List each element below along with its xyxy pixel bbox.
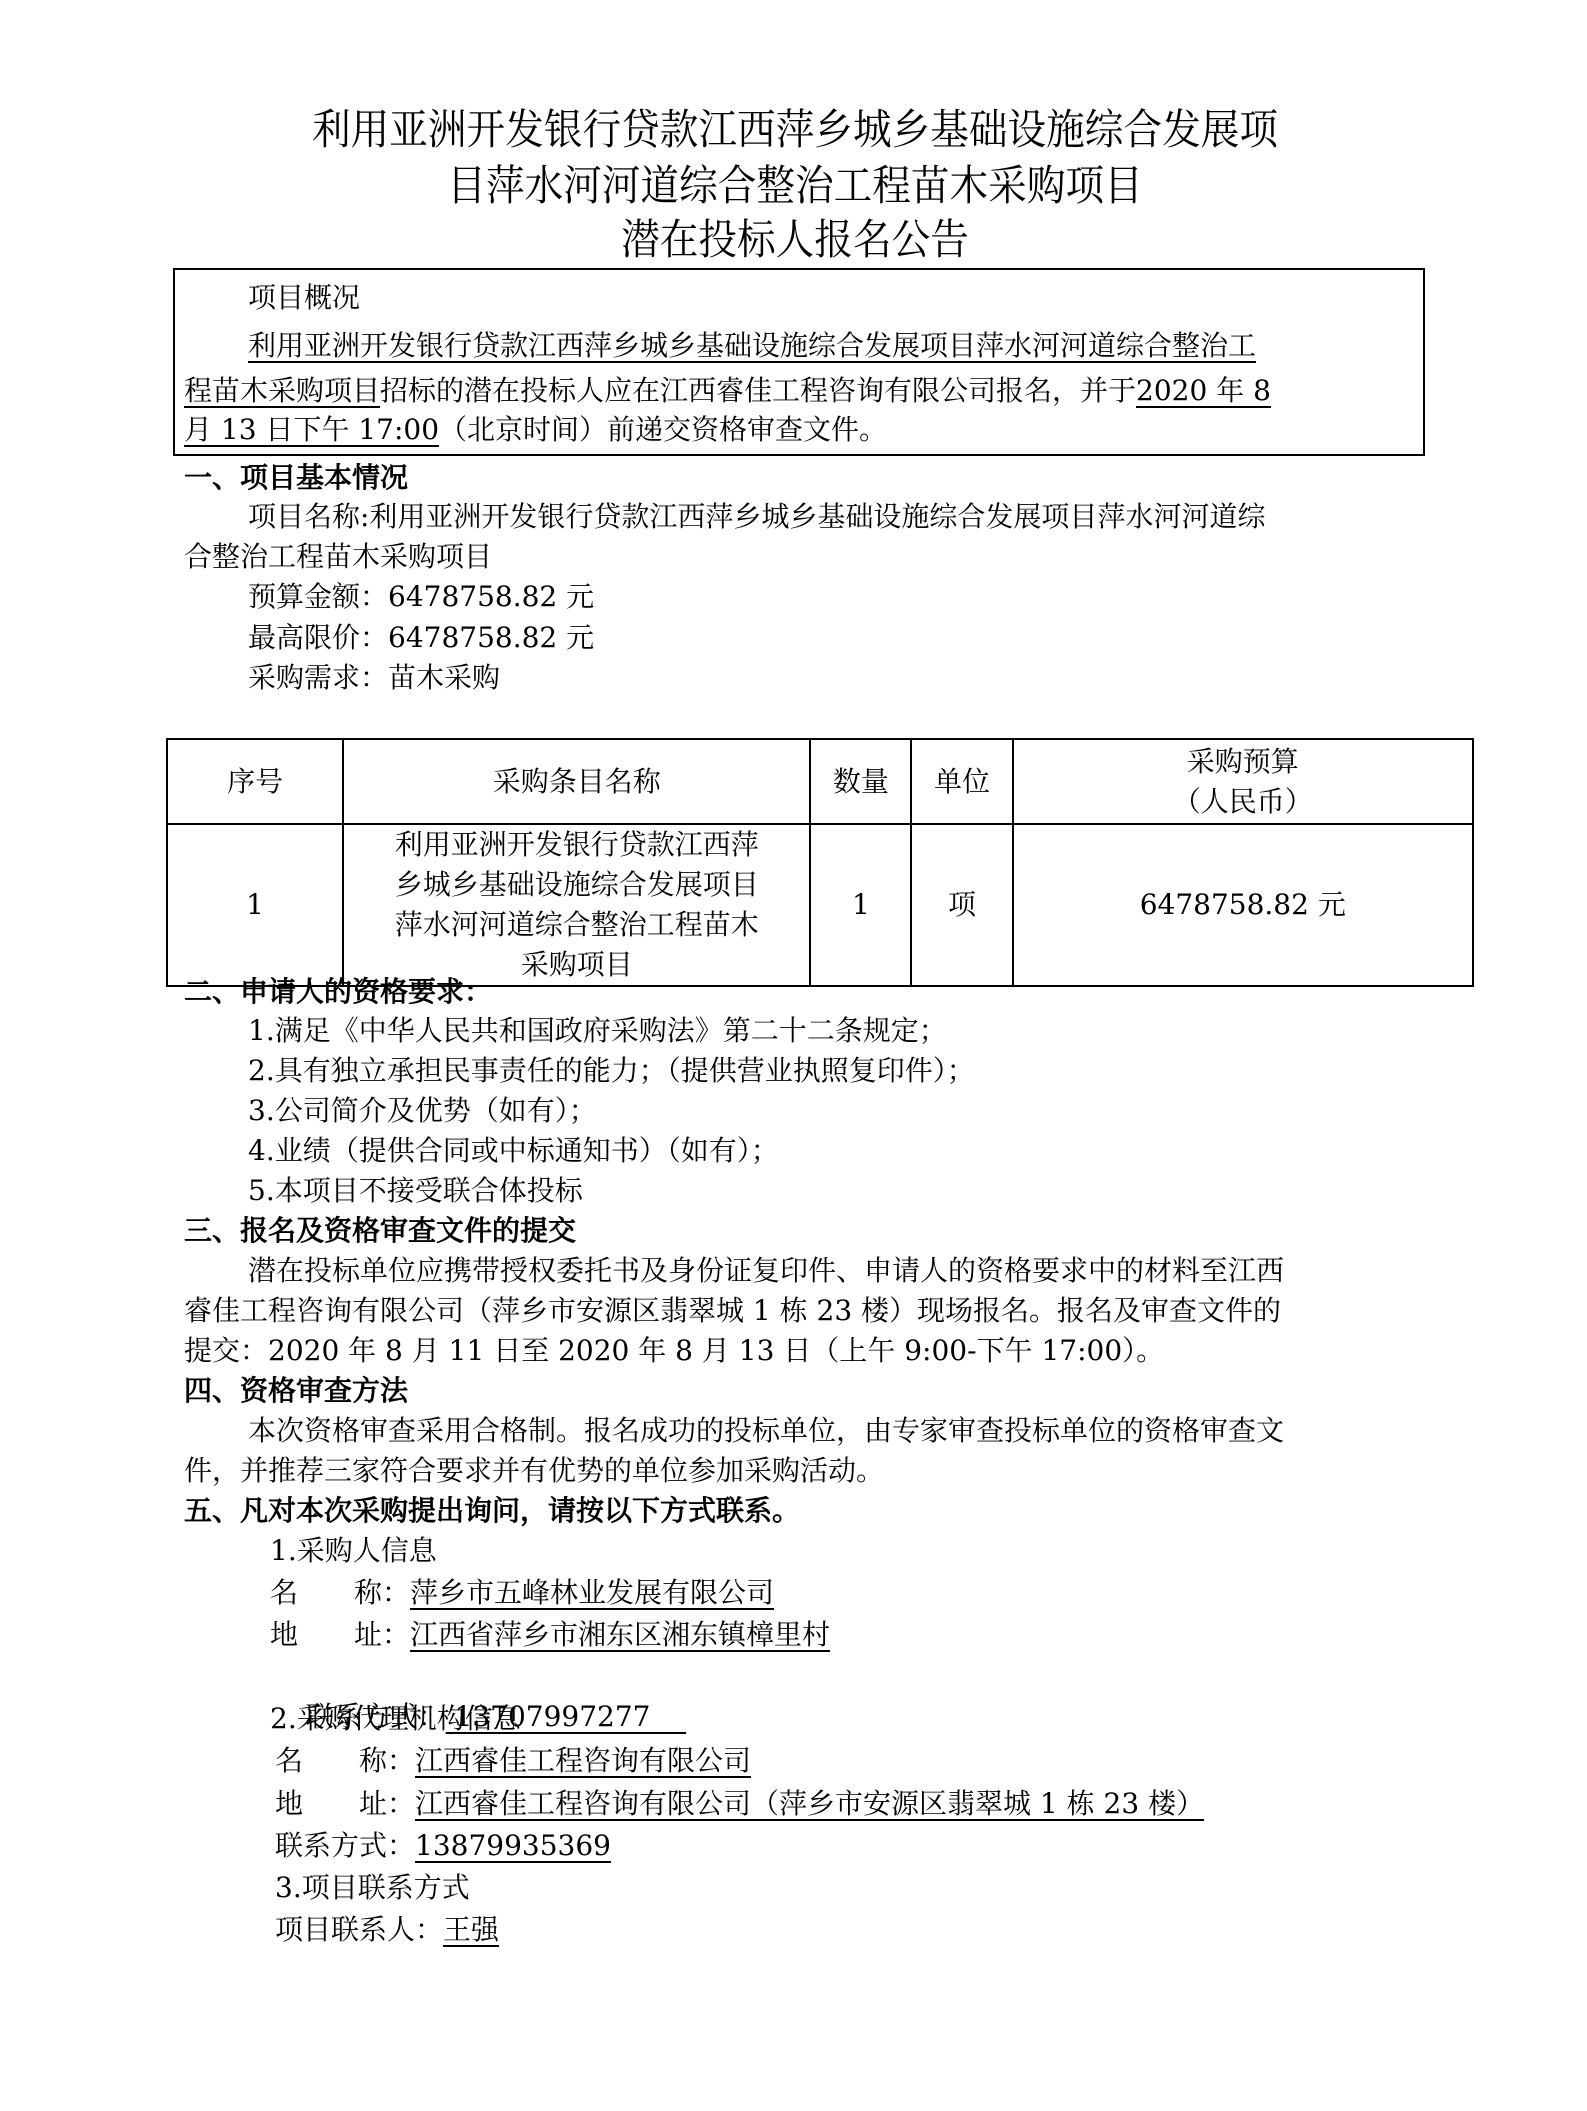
cell-item-name-line-3: 萍水河河道综合整治工程苗木	[364, 905, 789, 945]
purchaser-name-row: 名 称：萍乡市五峰林业发展有限公司	[270, 1573, 774, 1613]
agency-name-value: 江西睿佳工程咨询有限公司	[415, 1744, 751, 1777]
qualification-item-5: 5.本项目不接受联合体投标	[248, 1171, 583, 1211]
header-budget-line-2: （人民币）	[1014, 782, 1472, 822]
cell-unit: 项	[911, 824, 1012, 986]
header-item-name: 采购条目名称	[343, 739, 810, 824]
qualification-item-3: 3.公司简介及优势（如有）；	[248, 1091, 597, 1131]
purchaser-address-value: 江西省萍乡市湘东区湘东镇樟里村	[410, 1618, 830, 1651]
section-2-heading: 二、申请人的资格要求：	[184, 972, 492, 1012]
purchaser-name-label: 名 称：	[270, 1576, 410, 1609]
agency-address-row: 地 址：江西睿佳工程咨询有限公司（萍乡市安源区翡翠城 1 栋 23 楼）	[275, 1784, 1204, 1824]
overview-project-name-part1: 利用亚洲开发银行贷款江西萍乡城乡基础设施综合发展项目萍水河河道综合整治工	[248, 329, 1256, 362]
agency-contact-value: 13879935369	[415, 1829, 611, 1862]
overview-deadline-part2: 月 13 日下午 17:00	[184, 413, 439, 446]
section-3-line-3: 提交：2020 年 8 月 11 日至 2020 年 8 月 13 日（上午 9…	[184, 1331, 1164, 1371]
overview-heading: 项目概况	[248, 278, 360, 318]
overview-text-end: （北京时间）前递交资格审查文件。	[439, 413, 887, 446]
overview-deadline-part1: 2020 年 8	[1136, 374, 1271, 407]
project-contact-label: 项目联系人：	[275, 1913, 443, 1946]
section-3-heading: 三、报名及资格审查文件的提交	[184, 1211, 576, 1251]
purchaser-name-value: 萍乡市五峰林业发展有限公司	[410, 1576, 774, 1609]
agency-address-value: 江西睿佳工程咨询有限公司（萍乡市安源区翡翠城 1 栋 23 楼）	[415, 1787, 1204, 1820]
agency-info-heading: 2.采购代理机构信息	[270, 1699, 521, 1739]
cell-item-name-line-2: 乡城乡基础设施综合发展项目	[364, 865, 789, 905]
purchaser-address-row: 地 址：江西省萍乡市湘东区湘东镇樟里村	[270, 1615, 830, 1655]
section-1-requirement: 采购需求：苗木采购	[248, 658, 500, 698]
header-budget-line-1: 采购预算	[1014, 742, 1472, 782]
overview-line-2: 程苗木采购项目招标的潜在投标人应在江西睿佳工程咨询有限公司报名，并于2020 年…	[184, 371, 1271, 411]
cell-item-name-line-1: 利用亚洲开发银行贷款江西萍	[364, 825, 789, 865]
qualification-item-2: 2.具有独立承担民事责任的能力；（提供营业执照复印件）；	[248, 1051, 975, 1091]
document-title-line-3: 潜在投标人报名公告	[220, 212, 1370, 268]
purchaser-info-heading: 1.采购人信息	[270, 1531, 437, 1571]
cell-seq: 1	[167, 824, 343, 986]
cell-item-name: 利用亚洲开发银行贷款江西萍 乡城乡基础设施综合发展项目 萍水河河道综合整治工程苗…	[343, 824, 810, 986]
project-contact-value: 王强	[443, 1913, 499, 1946]
project-contact-row: 项目联系人：王强	[275, 1910, 499, 1950]
agency-address-label: 地 址：	[275, 1787, 415, 1820]
agency-contact-row: 联系方式：13879935369	[275, 1826, 611, 1866]
agency-name-label: 名 称：	[275, 1744, 415, 1777]
table-header-row: 序号 采购条目名称 数量 单位 采购预算 （人民币）	[167, 739, 1473, 824]
overview-line-1: 利用亚洲开发银行贷款江西萍乡城乡基础设施综合发展项目萍水河河道综合整治工	[248, 326, 1256, 366]
table-row: 1 利用亚洲开发银行贷款江西萍 乡城乡基础设施综合发展项目 萍水河河道综合整治工…	[167, 824, 1473, 986]
header-unit: 单位	[911, 739, 1012, 824]
header-seq: 序号	[167, 739, 343, 824]
qualification-item-1: 1.满足《中华人民共和国政府采购法》第二十二条规定；	[248, 1011, 947, 1051]
section-4-line-1: 本次资格审查采用合格制。报名成功的投标单位，由专家审查投标单位的资格审查文	[248, 1411, 1284, 1451]
header-quantity: 数量	[810, 739, 911, 824]
agency-contact-label: 联系方式：	[275, 1829, 415, 1862]
section-5-heading: 五、凡对本次采购提出询问，请按以下方式联系。	[184, 1491, 800, 1531]
section-3-line-1: 潜在投标单位应携带授权委托书及身份证复印件、申请人的资格要求中的材料至江西	[248, 1251, 1284, 1291]
section-1-heading: 一、项目基本情况	[184, 458, 408, 498]
overview-text-mid: 招标的潜在投标人应在江西睿佳工程咨询有限公司报名，并于	[380, 374, 1136, 407]
project-contact-heading: 3.项目联系方式	[275, 1868, 470, 1908]
header-budget: 采购预算 （人民币）	[1013, 739, 1473, 824]
agency-name-row: 名 称：江西睿佳工程咨询有限公司	[275, 1741, 751, 1781]
section-1-project-name-line-2: 合整治工程苗木采购项目	[184, 537, 492, 577]
section-3-line-2: 睿佳工程咨询有限公司（萍乡市安源区翡翠城 1 栋 23 楼）现场报名。报名及审查…	[184, 1291, 1281, 1331]
document-title-line-2: 目萍水河河道综合整治工程苗木采购项目	[220, 158, 1370, 214]
section-1-max-price: 最高限价：6478758.82 元	[248, 618, 594, 658]
purchaser-address-label: 地 址：	[270, 1618, 410, 1651]
section-1-budget: 预算金额：6478758.82 元	[248, 577, 594, 617]
overview-project-name-part2: 程苗木采购项目	[184, 374, 380, 407]
overview-line-3: 月 13 日下午 17:00（北京时间）前递交资格审查文件。	[184, 410, 887, 450]
section-4-heading: 四、资格审查方法	[184, 1371, 408, 1411]
section-1-project-name-line-1: 项目名称:利用亚洲开发银行贷款江西萍乡城乡基础设施综合发展项目萍水河河道综	[248, 497, 1265, 537]
cell-quantity: 1	[810, 824, 911, 986]
procurement-table: 序号 采购条目名称 数量 单位 采购预算 （人民币） 1 利用亚洲开发银行贷款江…	[166, 738, 1474, 987]
cell-budget: 6478758.82 元	[1013, 824, 1473, 986]
qualification-item-4: 4.业绩（提供合同或中标通知书）（如有）；	[248, 1131, 779, 1171]
section-4-line-2: 件，并推荐三家符合要求并有优势的单位参加采购活动。	[184, 1451, 884, 1491]
document-page: 利用亚洲开发银行贷款江西萍乡城乡基础设施综合发展项 目萍水河河道综合整治工程苗木…	[0, 0, 1587, 2111]
document-title-line-1: 利用亚洲开发银行贷款江西萍乡城乡基础设施综合发展项	[220, 102, 1370, 158]
